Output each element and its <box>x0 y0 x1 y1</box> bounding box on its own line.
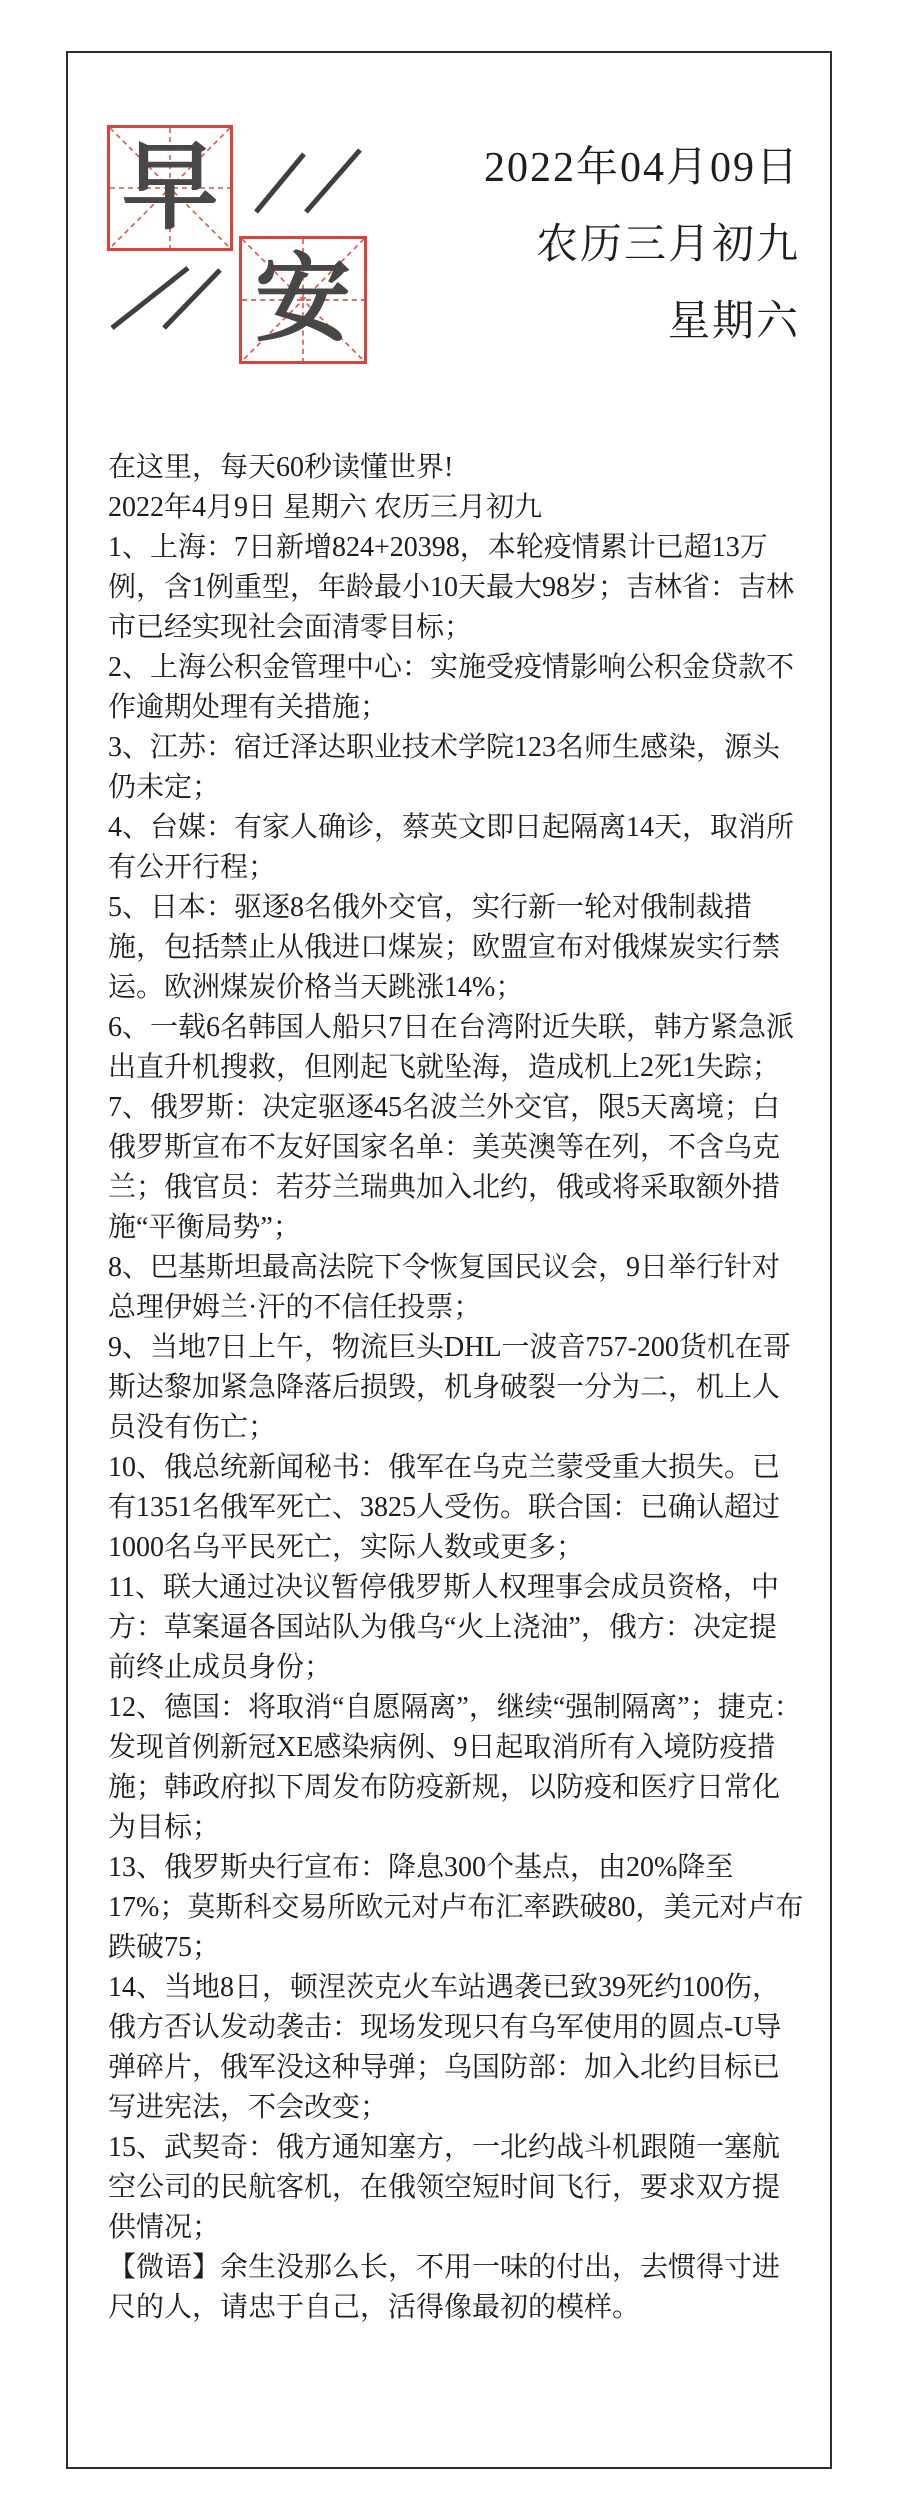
weekday-text: 星期六 <box>380 284 800 361</box>
news-item-6: 6、一载6名韩国人船只7日在台湾附近失联，韩方紧急派出直升机搜救，但刚起飞就坠海… <box>108 1008 804 1088</box>
lunar-date-text: 农历三月初九 <box>380 207 800 284</box>
date-line: 2022年4月9日 星期六 农历三月初九 <box>108 488 804 528</box>
intro-line: 在这里，每天60秒读懂世界! <box>108 448 804 488</box>
double-slash-icon <box>248 144 366 218</box>
news-body: 在这里，每天60秒读懂世界! 2022年4月9日 星期六 农历三月初九 1、上海… <box>108 448 804 2328</box>
news-item-5: 5、日本：驱逐8名俄外交官，实行新一轮对俄制裁措施，包括禁止从俄进口煤炭；欧盟宣… <box>108 888 804 1008</box>
news-item-10: 10、俄总统新闻秘书：俄军在乌克兰蒙受重大损失。已有1351名俄军死亡、3825… <box>108 1448 804 1568</box>
weiyu-line: 【微语】余生没那么长，不用一味的付出，去惯得寸进尺的人，请忠于自己，活得像最初的… <box>108 2248 804 2328</box>
news-item-12: 12、德国：将取消“自愿隔离”，继续“强制隔离”；捷克：发现首例新冠XE感染病例… <box>108 1688 804 1848</box>
morning-news-poster: 早 安 2022年04月09日 农历三月初九 星期六 在这里，每天60秒读懂世界… <box>0 0 900 2520</box>
news-item-14: 14、当地8日，顿涅茨克火车站遇袭已致39死约100伤，俄方否认发动袭击：现场发… <box>108 1968 804 2128</box>
news-item-11: 11、联大通过决议暂停俄罗斯人权理事会成员资格，中方：草案逼各国站队为俄乌“火上… <box>108 1568 804 1688</box>
zao-character: 早 <box>110 128 230 248</box>
news-item-3: 3、江苏：宿迁泽达职业技术学院123名师生感染，源头仍未定； <box>108 728 804 808</box>
news-item-9: 9、当地7日上午，物流巨头DHL一波音757-200货机在哥斯达黎加紧急降落后损… <box>108 1328 804 1448</box>
date-text: 2022年04月09日 <box>380 130 800 207</box>
news-item-2: 2、上海公积金管理中心：实施受疫情影响公积金贷款不作逾期处理有关措施； <box>108 648 804 728</box>
news-item-7: 7、俄罗斯：决定驱逐45名波兰外交官，限5天离境；白俄罗斯宣布不友好国家名单：美… <box>108 1088 804 1248</box>
news-item-4: 4、台媒：有家人确诊，蔡英文即日起隔离14天，取消所有公开行程； <box>108 808 804 888</box>
news-item-8: 8、巴基斯坦最高法院下令恢复国民议会，9日举行针对总理伊姆兰·汗的不信任投票； <box>108 1248 804 1328</box>
double-slash-icon <box>104 260 226 334</box>
news-item-13: 13、俄罗斯央行宣布：降息300个基点，由20%降至17%；莫斯科交易所欧元对卢… <box>108 1848 804 1968</box>
news-item-1: 1、上海：7日新增824+20398，本轮疫情累计已超13万例，含1例重型，年龄… <box>108 528 804 648</box>
zao-grid-box: 早 <box>107 125 233 251</box>
date-block: 2022年04月09日 农历三月初九 星期六 <box>380 130 800 361</box>
an-grid-box: 安 <box>239 236 367 364</box>
news-item-15: 15、武契奇：俄方通知塞方，一北约战斗机跟随一塞航空公司的民航客机，在俄领空短时… <box>108 2128 804 2248</box>
an-character: 安 <box>242 239 364 361</box>
